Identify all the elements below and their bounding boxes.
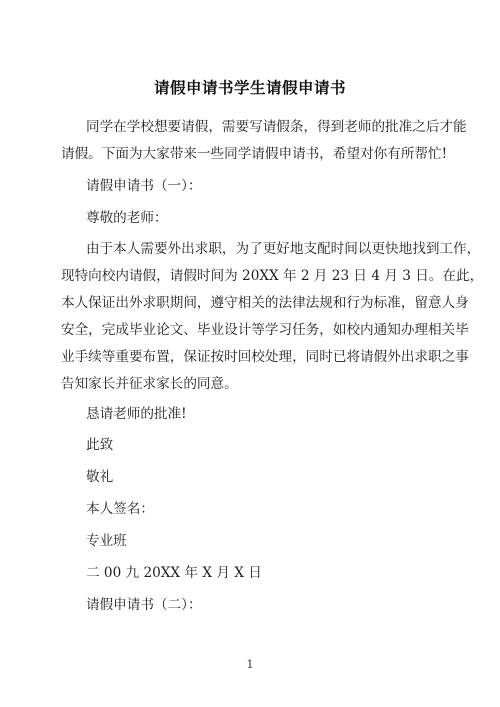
class-label: 专业班 [86,532,486,550]
date-line: 二 00 九 20XX 年 X 月 X 日 [86,564,486,582]
section-1-heading: 请假申请书（一）： [86,177,486,195]
signature-label: 本人签名： [86,500,486,518]
salutation: 尊敬的老师： [86,209,486,227]
approval-request: 恳请老师的批准! [86,405,486,423]
section-2-heading: 请假申请书（二）： [86,596,486,614]
body-line-6: 告知家长并征求家长的同意。 [61,375,461,393]
closing-jingli: 敬礼 [86,468,486,486]
intro-line-2: 请假。下面为大家带来一些同学请假申请书，希望对你有所帮忙! [61,145,461,163]
closing-cizhi: 此致 [86,436,486,454]
body-line-1: 由于本人需要外出求职，为了更好地支配时间以更快地找到工作， [86,240,486,258]
body-line-2: 现特向校内请假，请假时间为 20XX 年 2 月 23 日 4 月 3 日。在此… [61,267,461,285]
document-title: 请假申请书学生请假申请书 [0,76,500,98]
body-line-4: 安全，完成毕业论文、毕业设计等学习任务，如校内通知办理相关毕 [61,321,461,339]
intro-line-1: 同学在学校想要请假，需要写请假条，得到老师的批准之后才能 [86,118,486,136]
document-page: 请假申请书学生请假申请书 同学在学校想要请假，需要写请假条，得到老师的批准之后才… [0,0,500,707]
body-line-5: 业手续等重要布置，保证按时回校处理，同时已将请假外出求职之事 [61,348,461,366]
body-line-3: 本人保证出外求职期间，遵守相关的法律法规和行为标准，留意人身 [61,294,461,312]
page-number: 1 [0,658,500,671]
